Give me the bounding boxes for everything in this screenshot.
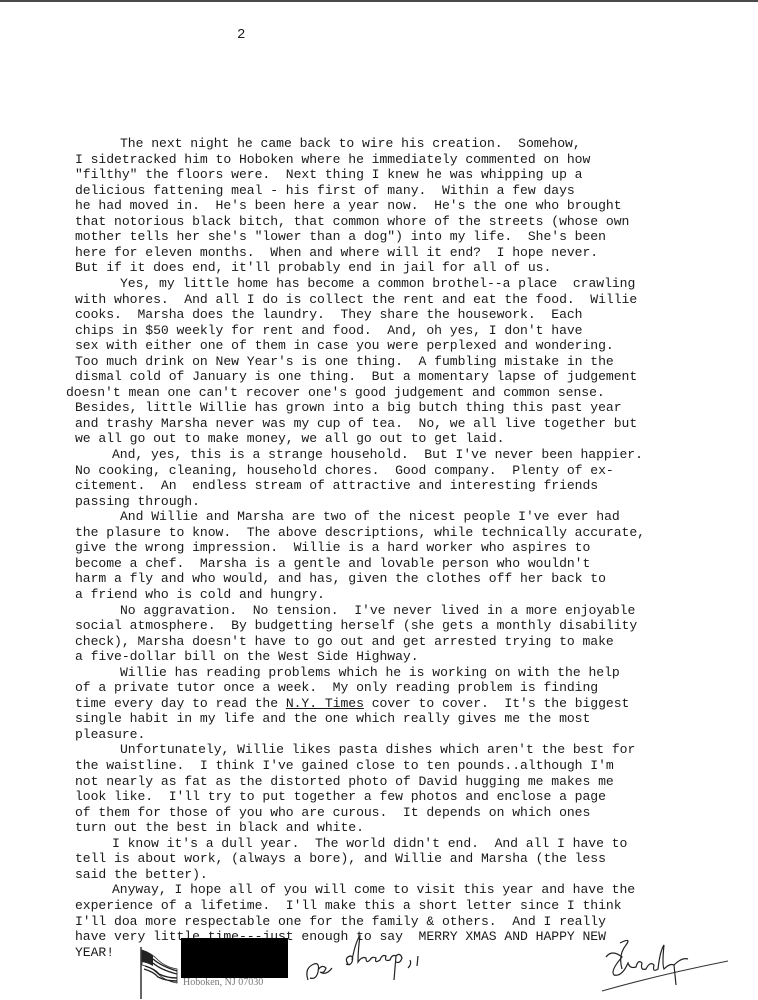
letter-line: not nearly as fat as the distorted photo…	[75, 774, 614, 790]
letter-line: Too much drink on New Year's is one thin…	[75, 354, 614, 370]
letter-line: a five-dollar bill on the West Side High…	[75, 649, 419, 665]
letter-line: time every day to read the N.Y. Times co…	[75, 696, 629, 712]
line-text: I'll doa more respectable one for the fa…	[75, 914, 606, 929]
letter-line: The next night he came back to wire his …	[120, 136, 581, 152]
line-text: the plasure to know. The above descripti…	[75, 525, 645, 540]
line-text: The next night he came back to wire his …	[120, 136, 581, 151]
letter-line: And, yes, this is a strange household. B…	[112, 447, 643, 463]
line-text: of a private tutor once a week. My only …	[75, 680, 598, 695]
letter-line: turn out the best in black and white.	[75, 820, 364, 836]
letter-line: I sidetracked him to Hoboken where he im…	[75, 152, 590, 168]
letter-line: of them for those of you who are curous.…	[75, 805, 590, 821]
letter-line: delicious fattening meal - his first of …	[75, 183, 575, 199]
letter-line: here for eleven months. When and where w…	[75, 245, 598, 261]
line-text: the waistline. I think I've gained close…	[75, 758, 614, 773]
letter-line: pleasure.	[75, 727, 145, 743]
line-text: he had moved in. He's been here a year n…	[75, 198, 622, 213]
line-text: with whores. And all I do is collect the…	[75, 292, 637, 307]
line-text: citement. An endless stream of attractiv…	[75, 478, 598, 493]
line-text: But if it does end, it'll probably end i…	[75, 260, 551, 275]
letter-line: dismal cold of January is one thing. But…	[75, 369, 637, 385]
letter-line: Willie has reading problems which he is …	[120, 665, 620, 681]
letter-line: harm a fly and who would, and has, given…	[75, 571, 606, 587]
letter-line: social atmosphere. By budgetting herself…	[75, 618, 637, 634]
line-text: And, yes, this is a strange household. B…	[112, 447, 643, 462]
line-text: a five-dollar bill on the West Side High…	[75, 649, 419, 664]
line-text: single habit in my life and the one whic…	[75, 711, 590, 726]
line-text: pleasure.	[75, 727, 145, 742]
line-text: No cooking, cleaning, household chores. …	[75, 463, 614, 478]
page-number: 2	[237, 27, 245, 43]
letter-line: of a private tutor once a week. My only …	[75, 680, 598, 696]
redaction-block	[181, 938, 288, 978]
letter-line: passing through.	[75, 494, 200, 510]
letter-line: give the wrong impression. Willie is a h…	[75, 540, 590, 556]
letter-line: that notorious black bitch, that common …	[75, 214, 629, 230]
letter-line: Anyway, I hope all of you will come to v…	[112, 882, 635, 898]
letter-line: YEAR!	[75, 945, 114, 961]
line-text: And Willie and Marsha are two of the nic…	[120, 509, 620, 524]
letter-line: single habit in my life and the one whic…	[75, 711, 590, 727]
line-text: Too much drink on New Year's is one thin…	[75, 354, 614, 369]
american-flag-icon	[139, 947, 181, 1000]
line-text: mother tells her she's "lower than a dog…	[75, 229, 606, 244]
line-text: harm a fly and who would, and has, given…	[75, 571, 606, 586]
line-text: that notorious black bitch, that common …	[75, 214, 629, 229]
line-text: give the wrong impression. Willie is a h…	[75, 540, 590, 555]
letter-line: he had moved in. He's been here a year n…	[75, 198, 622, 214]
line-text: tell is about work, (always a bore), and…	[75, 851, 606, 866]
letter-line: experience of a lifetime. I'll make this…	[75, 898, 622, 914]
letter-line: tell is about work, (always a bore), and…	[75, 851, 606, 867]
line-text: dismal cold of January is one thing. But…	[75, 369, 637, 384]
letter-line: mother tells her she's "lower than a dog…	[75, 229, 606, 245]
letter-line: cooks. Marsha does the laundry. They sha…	[75, 307, 583, 323]
letter-line: and trashy Marsha never was my cup of te…	[75, 416, 637, 432]
letter-line: with whores. And all I do is collect the…	[75, 292, 637, 308]
letter-line: said the better).	[75, 867, 208, 883]
line-text: not nearly as fat as the distorted photo…	[75, 774, 614, 789]
line-text: look like. I'll try to put together a fe…	[75, 789, 606, 804]
letter-line: we all go out to make money, we all go o…	[75, 431, 504, 447]
line-text: "filthy" the floors were. Next thing I k…	[75, 167, 583, 182]
line-text: I know it's a dull year. The world didn'…	[112, 836, 627, 851]
line-text: chips in $50 weekly for rent and food. A…	[75, 323, 583, 338]
letter-line: And Willie and Marsha are two of the nic…	[120, 509, 620, 525]
handwritten-closing	[300, 930, 470, 995]
letter-line: Unfortunately, Willie likes pasta dishes…	[120, 742, 635, 758]
line-text: Unfortunately, Willie likes pasta dishes…	[120, 742, 635, 757]
line-text: YEAR!	[75, 945, 114, 960]
line-text: said the better).	[75, 867, 208, 882]
letter-line: doesn't mean one can't recover one's goo…	[66, 385, 605, 401]
line-text: cover to cover. It's the biggest	[364, 696, 629, 711]
line-text: I sidetracked him to Hoboken where he im…	[75, 152, 590, 167]
line-text: become a chef. Marsha is a gentle and lo…	[75, 556, 590, 571]
letter-line: check), Marsha doesn't have to go out an…	[75, 634, 614, 650]
line-text: Willie has reading problems which he is …	[120, 665, 620, 680]
line-text: we all go out to make money, we all go o…	[75, 431, 504, 446]
line-text: cooks. Marsha does the laundry. They sha…	[75, 307, 583, 322]
letter-line: I'll doa more respectable one for the fa…	[75, 914, 606, 930]
line-text: a friend who is cold and hungry.	[75, 587, 325, 602]
letter-line: "filthy" the floors were. Next thing I k…	[75, 167, 583, 183]
letter-line: the plasure to know. The above descripti…	[75, 525, 645, 541]
line-text: delicious fattening meal - his first of …	[75, 183, 575, 198]
line-text: time every day to read the	[75, 696, 286, 711]
letter-line: No aggravation. No tension. I've never l…	[120, 603, 635, 619]
line-text: No aggravation. No tension. I've never l…	[120, 603, 635, 618]
line-text: here for eleven months. When and where w…	[75, 245, 598, 260]
line-text: Besides, little Willie has grown into a …	[75, 400, 622, 415]
letter-line: a friend who is cold and hungry.	[75, 587, 325, 603]
underlined-title: N.Y. Times	[286, 696, 364, 711]
letter-line: look like. I'll try to put together a fe…	[75, 789, 606, 805]
letter-line: Yes, my little home has become a common …	[120, 276, 635, 292]
line-text: check), Marsha doesn't have to go out an…	[75, 634, 614, 649]
letter-line: But if it does end, it'll probably end i…	[75, 260, 551, 276]
line-text: passing through.	[75, 494, 200, 509]
letter-line: sex with either one of them in case you …	[75, 338, 614, 354]
line-text: Anyway, I hope all of you will come to v…	[112, 882, 635, 897]
line-text: turn out the best in black and white.	[75, 820, 364, 835]
line-text: experience of a lifetime. I'll make this…	[75, 898, 622, 913]
letter-line: No cooking, cleaning, household chores. …	[75, 463, 614, 479]
line-text: sex with either one of them in case you …	[75, 338, 614, 353]
handwritten-signature	[598, 935, 738, 1000]
line-text: doesn't mean one can't recover one's goo…	[66, 385, 605, 400]
letterhead-address: Hoboken, NJ 07030	[183, 977, 263, 988]
letter-line: chips in $50 weekly for rent and food. A…	[75, 323, 583, 339]
scan-top-border	[0, 0, 758, 2]
letter-line: Besides, little Willie has grown into a …	[75, 400, 622, 416]
line-text: of them for those of you who are curous.…	[75, 805, 590, 820]
line-text: social atmosphere. By budgetting herself…	[75, 618, 637, 633]
line-text: Yes, my little home has become a common …	[120, 276, 635, 291]
letter-line: citement. An endless stream of attractiv…	[75, 478, 598, 494]
line-text: and trashy Marsha never was my cup of te…	[75, 416, 637, 431]
letter-line: I know it's a dull year. The world didn'…	[112, 836, 627, 852]
letter-line: become a chef. Marsha is a gentle and lo…	[75, 556, 590, 572]
letter-line: the waistline. I think I've gained close…	[75, 758, 614, 774]
